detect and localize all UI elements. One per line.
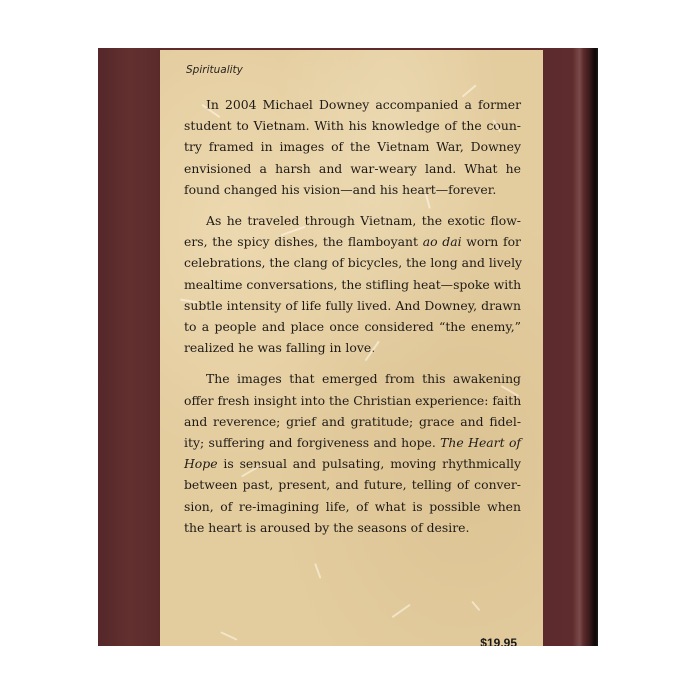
text-line: to a people and place once considered “t… [184,316,521,337]
text-line: celebrations, the clang of bicycles, the… [184,252,521,273]
text-line: The images that emerged from this awaken… [184,368,521,389]
text-line: sion, of re-imagining life, of what is p… [184,496,521,517]
text-line: envisioned a harsh and war-weary land. W… [184,158,521,179]
cover-left-edge [98,48,161,646]
price-area: $19.95 [160,632,543,646]
back-cover-paper-panel: Spirituality In 2004 Michael Downey acco… [160,50,543,646]
text-line: and reverence; grief and gratitude; grac… [184,411,521,432]
text-line: Hope is sensual and pulsating, moving rh… [184,453,521,474]
text-line: the heart is aroused by the seasons of d… [184,517,521,538]
text-line: realized he was falling in love. [184,337,521,358]
blurb-paragraph-3: The images that emerged from this awaken… [184,368,521,538]
blurb-paragraph-1: In 2004 Michael Downey accompanied a for… [184,94,521,200]
book: Spirituality In 2004 Michael Downey acco… [98,48,598,646]
text-line: ity; suffering and forgiveness and hope.… [184,432,521,453]
text-line: subtle intensity of life fully lived. An… [184,295,521,316]
text-line: student to Vietnam. With his knowledge o… [184,115,521,136]
category-label: Spirituality [186,64,521,76]
text-line: mealtime conversations, the stifling hea… [184,274,521,295]
blurb-paragraph-2: As he traveled through Vietnam, the exot… [184,210,521,358]
cover-spine-right [541,48,598,646]
text-line: found changed his vision—and his heart—f… [184,179,521,200]
text-line: ers, the spicy dishes, the flamboyant ao… [184,231,521,252]
text-line: As he traveled through Vietnam, the exot… [184,210,521,231]
price-label: $19.95 [480,636,517,646]
text-line: offer fresh insight into the Christian e… [184,390,521,411]
text-line: In 2004 Michael Downey accompanied a for… [184,94,521,115]
text-line: try framed in images of the Vietnam War,… [184,136,521,157]
text-line: between past, present, and future, telli… [184,474,521,495]
